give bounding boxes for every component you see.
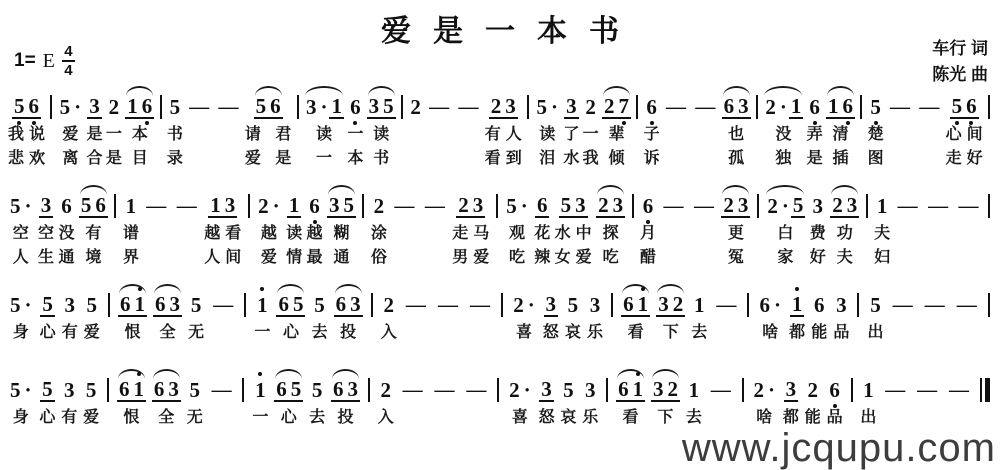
note-cell: 2·喜 xyxy=(511,284,537,344)
note-cell: 5·读泪 xyxy=(534,86,560,170)
credit-lyricist: 车行 词 xyxy=(932,36,988,62)
note-wrap: — xyxy=(946,378,972,402)
notes-row: 3 xyxy=(544,293,559,317)
note: 3 xyxy=(62,293,77,317)
lyric-syllable: 清 xyxy=(832,124,853,146)
notes-row: 2 xyxy=(382,293,397,317)
note-wrap: 2·5 xyxy=(765,194,805,218)
note-cell: 56有境 xyxy=(79,185,108,269)
barline-cell xyxy=(105,369,111,429)
note-wrap: — xyxy=(174,194,200,218)
notes-row: 1 xyxy=(124,194,139,218)
note-cell: 3费好 xyxy=(810,185,826,269)
note-wrap: 61 xyxy=(616,378,645,402)
lyric-syllable-verse2: 通 xyxy=(58,247,79,269)
note: 2 xyxy=(596,194,611,218)
note: 1 xyxy=(692,293,707,317)
note: 3 xyxy=(651,378,666,402)
barline xyxy=(371,293,373,317)
note: 3 xyxy=(503,95,518,119)
note-wrap: — xyxy=(426,95,452,119)
augmentation-dot: · xyxy=(271,194,282,218)
note-wrap xyxy=(609,293,615,317)
notes-row: 2 xyxy=(107,95,122,119)
lyric-syllable: 心 xyxy=(40,322,61,344)
note: 3 xyxy=(345,378,360,402)
rest-dash-cell: — xyxy=(432,369,458,429)
duration-dash: — xyxy=(663,95,689,119)
note: 5 xyxy=(8,194,23,218)
note: 6 xyxy=(276,293,291,317)
note: 5 xyxy=(40,378,55,402)
notes-row: — xyxy=(663,95,689,119)
note: 5 xyxy=(312,293,327,317)
note-wrap: — xyxy=(691,194,717,218)
note-wrap: 23 xyxy=(456,194,485,218)
note-cell: 6越最 xyxy=(307,185,323,269)
note-wrap xyxy=(242,293,248,317)
note: 6 xyxy=(827,378,842,402)
notes-row xyxy=(495,378,501,402)
note-wrap xyxy=(849,378,855,402)
note-cell: 23功夫 xyxy=(830,185,859,269)
note-cell: 1去 xyxy=(691,284,707,344)
notes-row: — xyxy=(691,194,717,218)
lyric-syllable: 全 xyxy=(158,407,179,429)
notes-row: 53 xyxy=(559,194,588,218)
notes-row xyxy=(858,95,864,119)
note: 2 xyxy=(378,378,393,402)
barline xyxy=(527,95,529,119)
lyric-syllable: 喜 xyxy=(516,322,537,344)
duration-dash: — xyxy=(887,95,913,119)
lyric-syllable: 观 xyxy=(509,223,530,245)
duration-dash: — xyxy=(661,194,687,218)
note: 6 xyxy=(807,95,822,119)
notes-row: 5 xyxy=(566,293,581,317)
notes-row: 6 xyxy=(827,378,842,402)
notes-row: 61 xyxy=(616,378,645,402)
notes-row: 3 xyxy=(539,378,554,402)
note: 1 xyxy=(875,194,890,218)
note-cell: 2·5白家 xyxy=(765,185,805,269)
note-wrap: 61 xyxy=(621,293,650,317)
note-cell: 6子诉 xyxy=(644,86,660,170)
note-cell: 63投 xyxy=(331,369,360,429)
note-wrap: — xyxy=(663,95,689,119)
lyric-syllable: 是 xyxy=(87,124,108,146)
rest-dash-cell: — xyxy=(422,185,448,269)
note-wrap xyxy=(369,293,375,317)
note: 7 xyxy=(617,95,632,119)
notes-row: 6 xyxy=(641,194,656,218)
note-wrap: 5 xyxy=(168,95,183,119)
note-wrap: 2· xyxy=(751,378,777,402)
lyric-syllable-verse2: 诉 xyxy=(644,148,665,170)
rest-dash-cell: — xyxy=(713,284,739,344)
notes-row: — xyxy=(925,194,951,218)
note: 1 xyxy=(329,95,344,119)
note-cell: 56心间走好 xyxy=(946,86,983,170)
notes-row: 32 xyxy=(656,293,685,317)
lyric-syllable: 请 君 xyxy=(245,124,296,146)
barline-cell xyxy=(399,86,405,170)
note: 3 xyxy=(564,95,579,119)
barline-cell xyxy=(978,369,992,429)
note: 1 xyxy=(132,293,147,317)
note-wrap: 5 xyxy=(868,293,883,317)
notes-row: 1 xyxy=(253,378,268,402)
note-cell: 2一是 xyxy=(106,86,122,170)
notes-row: 6 xyxy=(812,293,827,317)
note-wrap: 5· xyxy=(58,95,84,119)
lyric-syllable-verse2: 泪 xyxy=(539,148,560,170)
note-cell: 3乐 xyxy=(587,284,603,344)
note-cell: 1都 xyxy=(789,284,805,344)
notes-row: 3 xyxy=(62,293,77,317)
notes-row: 6 xyxy=(807,95,822,119)
note-wrap xyxy=(978,378,992,402)
note-wrap: 2· xyxy=(511,293,537,317)
note: 3 xyxy=(168,293,183,317)
lyric-syllable: 费 xyxy=(810,223,831,245)
note-cell: 56我说悲欢 xyxy=(8,86,45,170)
barline xyxy=(757,194,759,218)
lyric-syllable: 全 xyxy=(160,322,181,344)
note-wrap xyxy=(740,378,746,402)
note-wrap: — xyxy=(403,293,429,317)
notes-row: — xyxy=(954,293,980,317)
note: 3 xyxy=(834,293,849,317)
note: 6 xyxy=(153,293,168,317)
rest-dash-cell: — xyxy=(400,369,426,429)
lyric-syllable: 心 xyxy=(283,322,304,344)
barline xyxy=(114,194,116,218)
duration-dash: — xyxy=(210,293,236,317)
sheet-music-page: 爱是一本书 1= E 4 4 车行 词 陈光 曲 56我说悲欢5·爱离3是合2一… xyxy=(0,0,1000,470)
lyric-syllable: 去 xyxy=(312,322,333,344)
note-wrap xyxy=(399,95,405,119)
lyric-syllable-verse2: 合 xyxy=(87,148,108,170)
note: 3 xyxy=(588,293,603,317)
notes-row xyxy=(864,194,870,218)
note-cell: 2涂俗 xyxy=(371,185,387,269)
note: 3 xyxy=(223,194,238,218)
note-cell: 5心 xyxy=(40,284,56,344)
note-wrap: 63 xyxy=(722,95,751,119)
rest-dash-cell: — xyxy=(922,284,948,344)
notes-row: 3 xyxy=(583,378,598,402)
barline-cell xyxy=(864,185,870,269)
notes-row: 3 xyxy=(588,293,603,317)
notes-row: 3 xyxy=(811,194,826,218)
duration-dash: — xyxy=(890,293,916,317)
notes-row: 3 xyxy=(87,95,102,119)
note: 5 xyxy=(534,95,549,119)
note-wrap: 2·1 xyxy=(763,95,803,119)
note: 3 xyxy=(327,194,342,218)
note: 2 xyxy=(602,95,617,119)
lyric-syllable: 投 xyxy=(337,407,358,429)
lyric-syllable: 心 xyxy=(281,407,302,429)
note: 6 xyxy=(616,378,631,402)
note-wrap xyxy=(158,95,164,119)
notes-row: — xyxy=(209,378,235,402)
note-cell: 63全 xyxy=(153,284,182,344)
notes-row: 2 xyxy=(805,378,820,402)
note-wrap xyxy=(986,293,992,317)
note: 6 xyxy=(722,95,737,119)
note-cell: 53水中女爱 xyxy=(555,185,592,269)
credits: 车行 词 陈光 曲 xyxy=(932,36,988,88)
notes-row: — xyxy=(174,194,200,218)
notes-row: — xyxy=(887,95,913,119)
note-wrap: 2 xyxy=(372,194,387,218)
rest-dash-cell: — xyxy=(895,185,921,269)
notes-row: 56 xyxy=(254,95,283,119)
duration-dash: — xyxy=(391,194,417,218)
notes-row: 5 xyxy=(868,95,883,119)
note-wrap xyxy=(986,194,992,218)
note-wrap: 3 xyxy=(811,194,826,218)
note-wrap: 2· xyxy=(507,378,533,402)
credit-composer: 陈光 曲 xyxy=(932,62,988,88)
barline xyxy=(606,378,608,402)
note: 6 xyxy=(93,194,108,218)
rest-dash-cell: — xyxy=(708,369,734,429)
note: 5 xyxy=(342,194,357,218)
barline-cell xyxy=(849,369,855,429)
notes-row: 1 xyxy=(861,378,876,402)
notes-row xyxy=(399,95,405,119)
note: 6 xyxy=(268,95,283,119)
lyric-syllable-verse2: 本 xyxy=(347,148,368,170)
notes-row: 63 xyxy=(152,378,181,402)
note-wrap: 32 xyxy=(656,293,685,317)
note-wrap xyxy=(604,378,610,402)
note-cell: 3了水 xyxy=(563,86,579,170)
note-cell: 2 xyxy=(408,86,423,170)
note-wrap: 63 xyxy=(153,293,182,317)
note-wrap xyxy=(986,95,992,119)
note: 5 xyxy=(8,378,23,402)
barline-cell xyxy=(495,369,501,429)
note-wrap: — xyxy=(954,293,980,317)
note-cell: 63全 xyxy=(152,369,181,429)
note-wrap: 23 xyxy=(489,95,518,119)
note-wrap: 5 xyxy=(310,378,325,402)
lyric-syllable-verse2: 孤 xyxy=(728,148,749,170)
note: 2 xyxy=(830,194,845,218)
music-line: 5·身5心3有5爱61恨63全5无—1一65心5去63投2入———2·喜3怒5哀… xyxy=(8,369,992,429)
notes-row: — xyxy=(708,378,734,402)
note-cell: 5·爱离 xyxy=(58,86,84,170)
note-wrap: 35 xyxy=(367,95,396,119)
note-cell: 6能 xyxy=(811,284,827,344)
note-cell: 3空生 xyxy=(38,185,54,269)
note-cell: 3有 xyxy=(62,284,78,344)
notes-row: 65 xyxy=(274,378,303,402)
note: 2 xyxy=(671,293,686,317)
augmentation-dot: · xyxy=(72,95,83,119)
note-cell: 5书录 xyxy=(167,86,183,170)
note: 6 xyxy=(964,95,979,119)
note-cell: 1一 xyxy=(252,369,268,429)
notes-row: — xyxy=(922,293,948,317)
note-cell: 16本目 xyxy=(125,86,154,170)
note: 6 xyxy=(641,194,656,218)
note-wrap: 16 xyxy=(125,95,154,119)
notes-row xyxy=(986,194,992,218)
note-cell: 23更冤 xyxy=(721,185,750,269)
lyric-syllable: 没 xyxy=(775,124,796,146)
note: 1 xyxy=(255,293,270,317)
barline-cell xyxy=(494,185,500,269)
note-cell: 5哀 xyxy=(560,369,576,429)
lyric-syllable-verse2: 悲欢 xyxy=(8,148,50,170)
barline-cell xyxy=(369,284,375,344)
barline-cell xyxy=(246,185,252,269)
notes-row: — xyxy=(916,95,942,119)
notes-row: 6 xyxy=(59,194,74,218)
notes-row: 5 xyxy=(168,95,183,119)
note: 5 xyxy=(79,194,94,218)
barline-cell xyxy=(755,185,761,269)
note: 5 xyxy=(58,95,73,119)
lyric-syllable: 谱 xyxy=(123,223,144,245)
notes-row xyxy=(499,293,505,317)
notes-row: 1 xyxy=(875,194,890,218)
barline-cell xyxy=(986,185,992,269)
notes-row xyxy=(609,293,615,317)
lyric-syllable: 看 xyxy=(623,407,644,429)
barline xyxy=(244,293,246,317)
note-wrap: 27 xyxy=(602,95,631,119)
notes-row: 13 xyxy=(208,194,237,218)
lyric-syllable: 身 xyxy=(13,407,34,429)
lyric-syllable: 夫 xyxy=(874,223,895,245)
notes-row: 16 xyxy=(125,95,154,119)
notes-row: — xyxy=(463,378,489,402)
lyric-syllable: 乐 xyxy=(582,407,603,429)
note-cell: 2·1没独 xyxy=(763,86,803,170)
note: 3 xyxy=(544,293,559,317)
duration-dash: — xyxy=(946,378,972,402)
barline xyxy=(988,293,990,317)
lyric-syllable: 出 xyxy=(868,322,889,344)
note-wrap: — xyxy=(890,293,916,317)
lyric-syllable-verse2: 吃 xyxy=(509,247,530,269)
time-signature-bottom: 4 xyxy=(64,63,72,78)
notes-row: 5 xyxy=(561,378,576,402)
duration-dash: — xyxy=(432,378,458,402)
barline xyxy=(496,194,498,218)
lyric-syllable: 无 xyxy=(188,322,209,344)
rest-dash-cell: — xyxy=(692,86,718,170)
note: 5 xyxy=(791,194,806,218)
duration-dash: — xyxy=(216,95,242,119)
barline xyxy=(857,293,859,317)
note: 3 xyxy=(39,194,54,218)
notes-row: 5 xyxy=(85,293,100,317)
note-cell: 1出 xyxy=(860,369,876,429)
notes-row: 16 xyxy=(826,95,855,119)
note-cell: 6·啥 xyxy=(758,284,784,344)
note: 2 xyxy=(372,194,387,218)
note-wrap: 61 xyxy=(118,293,147,317)
notes-row: 27 xyxy=(602,95,631,119)
note-wrap: — xyxy=(455,95,481,119)
note-cell: 32下 xyxy=(656,284,685,344)
note-wrap: 63 xyxy=(152,378,181,402)
notes-row: 2· xyxy=(511,293,537,317)
note-cell: 5·观吃 xyxy=(504,185,530,269)
note-wrap: 3 xyxy=(834,293,849,317)
note-cell: 5爱 xyxy=(83,369,99,429)
note-wrap: 63 xyxy=(334,293,363,317)
notes-row: — xyxy=(882,378,908,402)
lyric-syllable-verse2: 情 xyxy=(286,247,307,269)
lyric-syllable: 了 xyxy=(563,124,584,146)
lyric-syllable: 也 xyxy=(728,124,749,146)
notes-row: 2· xyxy=(507,378,533,402)
barline-cell xyxy=(48,86,54,170)
lyric-syllable: 花 xyxy=(534,223,555,245)
lyric-syllable-verse2: 夫 xyxy=(837,247,858,269)
note-wrap: 5 xyxy=(187,378,202,402)
barline-cell xyxy=(106,284,112,344)
lyric-syllable: 哀 xyxy=(560,407,581,429)
note-cell: 56请 君爱 是 xyxy=(245,86,291,170)
barline xyxy=(160,95,162,119)
note-wrap: 2 xyxy=(408,95,423,119)
note-wrap: 35 xyxy=(327,194,356,218)
lyric-syllable-verse2: 离 xyxy=(62,148,83,170)
note-cell: 5·身 xyxy=(8,284,34,344)
notes-row: 5 xyxy=(312,293,327,317)
barline xyxy=(988,95,990,119)
note-wrap: 6 xyxy=(641,194,656,218)
notes-row: 1 xyxy=(692,293,707,317)
note-wrap xyxy=(858,95,864,119)
notes-row: 23 xyxy=(456,194,485,218)
note: 5 xyxy=(85,293,100,317)
lyric-syllable-verse2: 通 xyxy=(334,247,355,269)
note-wrap: 5 xyxy=(85,293,100,317)
notes-row: 5 xyxy=(40,293,55,317)
note-wrap xyxy=(634,95,640,119)
lyric-syllable-verse2: 爱 xyxy=(261,247,282,269)
note-wrap: 1 xyxy=(687,378,702,402)
lyric-syllable-verse2: 人 xyxy=(13,247,34,269)
note: 5 xyxy=(254,95,269,119)
barline-cell xyxy=(986,86,992,170)
note-wrap: 5 xyxy=(40,378,55,402)
note: 6 xyxy=(841,95,856,119)
barline-cell xyxy=(525,86,531,170)
duration-dash: — xyxy=(713,293,739,317)
note: 3 xyxy=(573,194,588,218)
duration-dash: — xyxy=(956,194,982,218)
note-wrap: 5 xyxy=(40,293,55,317)
note-wrap: 3·1 xyxy=(304,95,344,119)
notes-row: 1 xyxy=(687,378,702,402)
note-wrap xyxy=(494,194,500,218)
notes-row: 2·5 xyxy=(765,194,805,218)
rest-dash-cell: — xyxy=(210,284,236,344)
augmentation-dot: · xyxy=(772,293,783,317)
note: 2 xyxy=(511,293,526,317)
